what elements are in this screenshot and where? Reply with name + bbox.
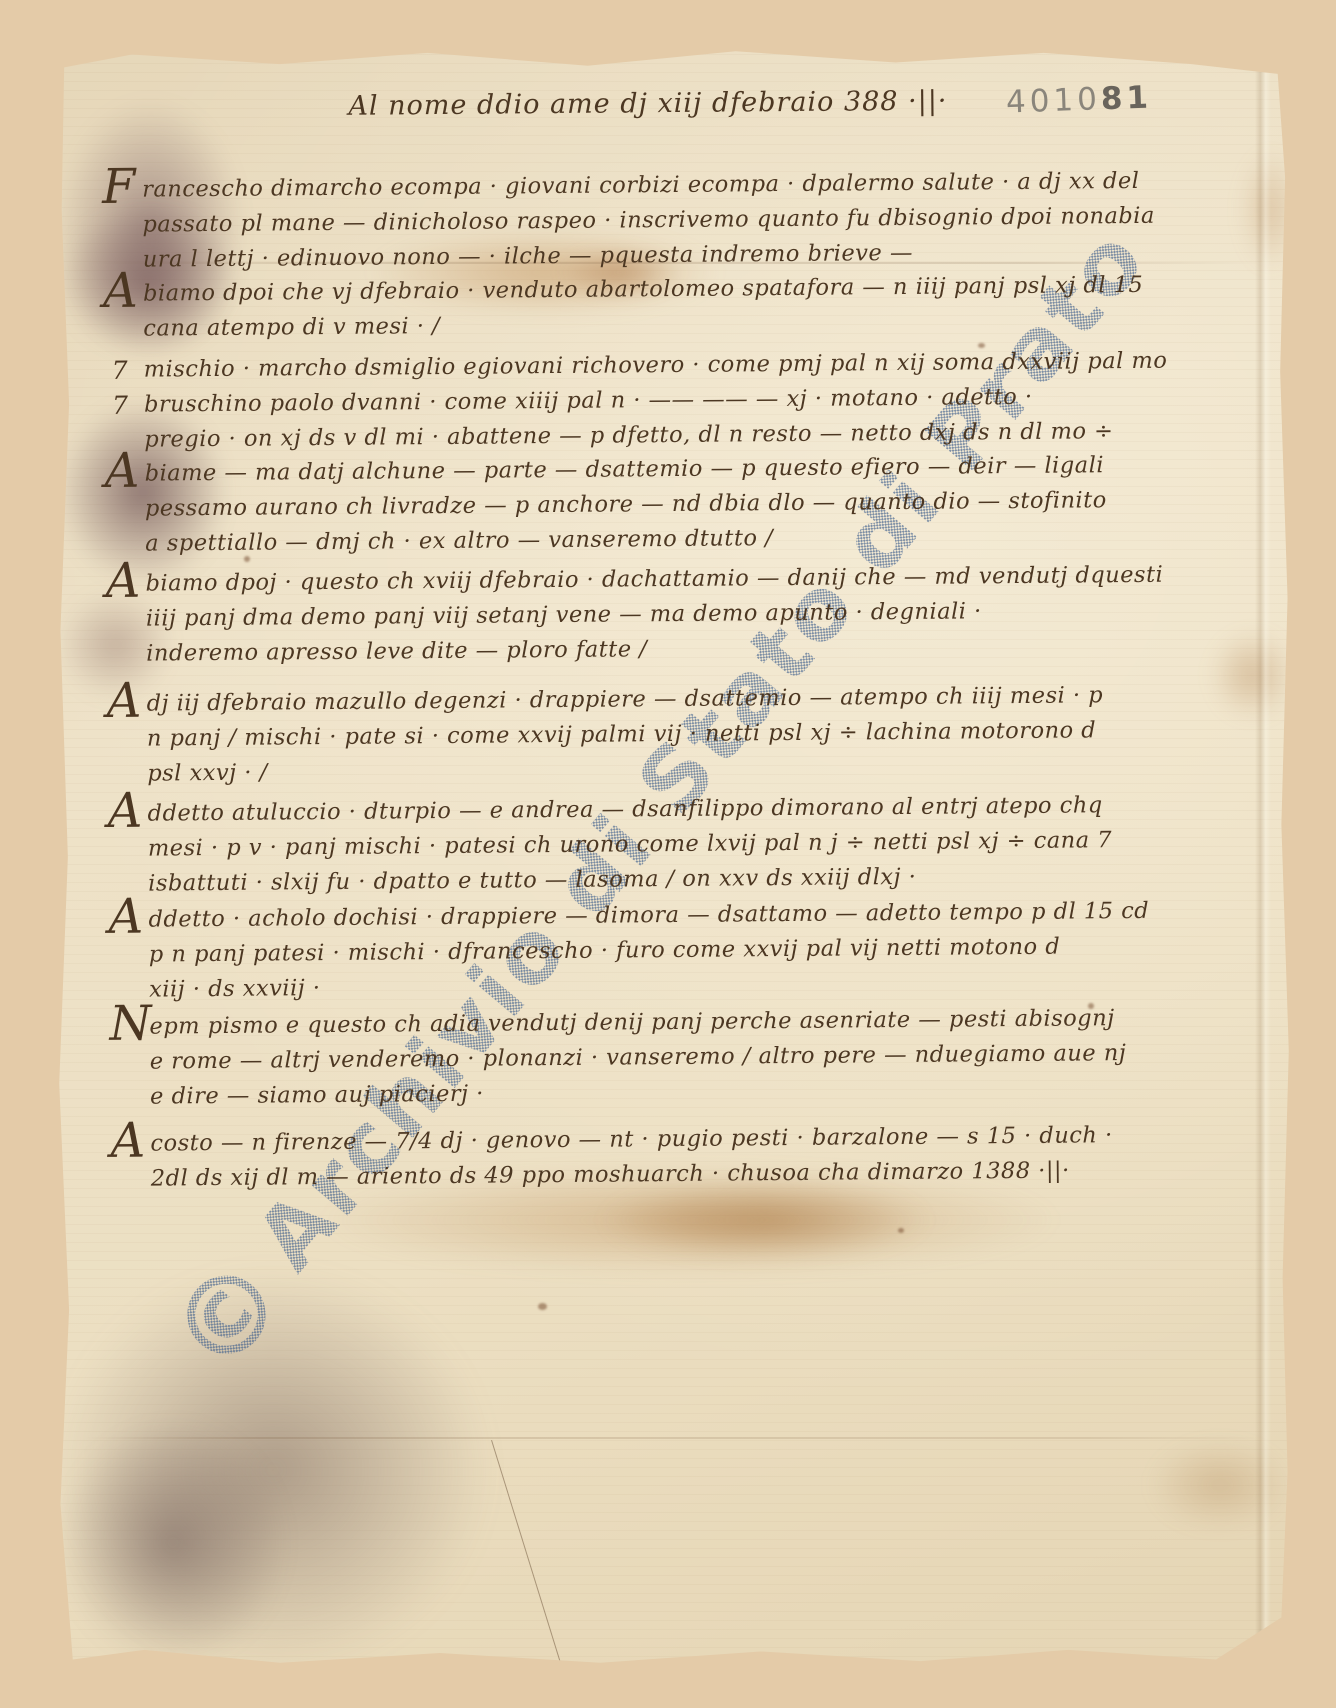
line-text: bruschino paolo dvanni · come xiiij pal … [144, 384, 1033, 418]
line-text: passato pl mane — dinicholoso raspeo · i… [142, 203, 1155, 238]
line-text: rancescho dimarcho ecompa · giovani corb… [142, 168, 1139, 203]
scanned-page: ©Archivio di Stato di Prato 401081 Al no… [0, 0, 1336, 1708]
line-text: pessamo aurano ch livradze — p anchore —… [145, 487, 1107, 521]
paragraph-initial: A [103, 267, 139, 315]
line-text: n panj / mischi · pate si · come xxvij p… [147, 717, 1096, 751]
line-text: iiij panj dma demo panj viij setanj vene… [146, 598, 982, 631]
line-text: ddetto · acholo dochisi · drappiere — di… [148, 898, 1149, 933]
letter-paragraph: Abiamo dpoj · questo ch xviij dfebraio ·… [145, 557, 1276, 672]
letter-heading: Al nome ddio ame dj xiij dfebraio 388 ·|… [348, 86, 947, 122]
line-text: pregio · on xj ds v dl mi · abattene — p… [144, 418, 1113, 452]
line-text: dj iij dfebraio mazullo degenzi · drappi… [147, 682, 1104, 716]
line-text: mesi · p v · panj mischi · patesi ch uro… [148, 827, 1112, 861]
line-text: p n panj patesi · mischi · dfrancescho ·… [149, 934, 1061, 968]
line-text: ura l lettj · edinuovo nono — · ilche — … [143, 240, 913, 273]
letter-paragraph: Acosto — n firenze — 7/4 dj · genovo — n… [150, 1117, 1281, 1197]
line-text: biamo dpoi che vj dfebraio · venduto aba… [143, 272, 1143, 307]
paragraph-initial: A [105, 557, 141, 605]
line-text: psl xxvj · / [147, 760, 268, 787]
line-text: costo — n firenze — 7/4 dj · genovo — nt… [150, 1122, 1112, 1156]
margin-mark: 7 [112, 353, 129, 388]
paragraph-initial: A [106, 677, 142, 725]
letter-paragraph: Addetto atuluccio · dturpio — e andrea —… [147, 787, 1278, 902]
paper-sheet: ©Archivio di Stato di Prato 401081 Al no… [58, 48, 1290, 1666]
line-text: a spettiallo — dmj ch · ex altro — vanse… [145, 525, 773, 556]
line-text: mischio · marcho dsmiglio egiovani richo… [144, 348, 1168, 383]
margin-mark: 7 [112, 388, 129, 423]
letter-paragraph: Nepm pismo e questo ch adia vendutj deni… [149, 1000, 1280, 1115]
line-text: ddetto atuluccio · dturpio — e andrea — … [147, 792, 1102, 826]
line-text: cana atempo di v mesi · / [143, 313, 440, 342]
letter-paragraph: Francescho dimarcho ecompa · giovani cor… [142, 163, 1273, 278]
letter-paragraph: Adj iij dfebraio mazullo degenzi · drapp… [146, 677, 1277, 792]
paragraph-initial: N [109, 1000, 152, 1048]
manuscript-text: Al nome ddio ame dj xiij dfebraio 388 ·|… [51, 43, 1297, 1672]
line-text: xiij · ds xxviij · [149, 975, 321, 1002]
paragraph-initial: A [110, 1117, 146, 1165]
paragraph-initial: A [108, 893, 144, 941]
line-text: biame — ma datj alchune — parte — dsatte… [145, 452, 1105, 486]
paragraph-initial: F [102, 163, 136, 211]
line-text: inderemo apresso leve dite — ploro fatte… [146, 636, 647, 666]
line-text: epm pismo e questo ch adia vendutj denij… [149, 1005, 1114, 1039]
line-text: 2dl ds xij dl m — ariento ds 49 ppo mosh… [151, 1158, 1070, 1192]
letter-paragraph: Abiamo dpoi che vj dfebraio · venduto ab… [143, 267, 1274, 347]
paragraph-initial: A [104, 447, 140, 495]
paragraph-initial: A [107, 787, 143, 835]
line-text: biamo dpoj · questo ch xviij dfebraio · … [145, 562, 1163, 597]
letter-paragraph: Abiame — ma datj alchune — parte — dsatt… [144, 447, 1275, 562]
line-text: e dire — siamo auj piacierj · [150, 1081, 484, 1110]
line-text: e rome — altrj venderemo · plonanzi · va… [150, 1040, 1127, 1075]
letter-paragraph: Addetto · acholo dochisi · drappiere — d… [148, 893, 1279, 1008]
letter-paragraph: 7mischio · marcho dsmiglio egiovani rich… [144, 343, 1275, 458]
line-text: isbattuti · slxij fu · dpatto e tutto — … [148, 864, 916, 897]
